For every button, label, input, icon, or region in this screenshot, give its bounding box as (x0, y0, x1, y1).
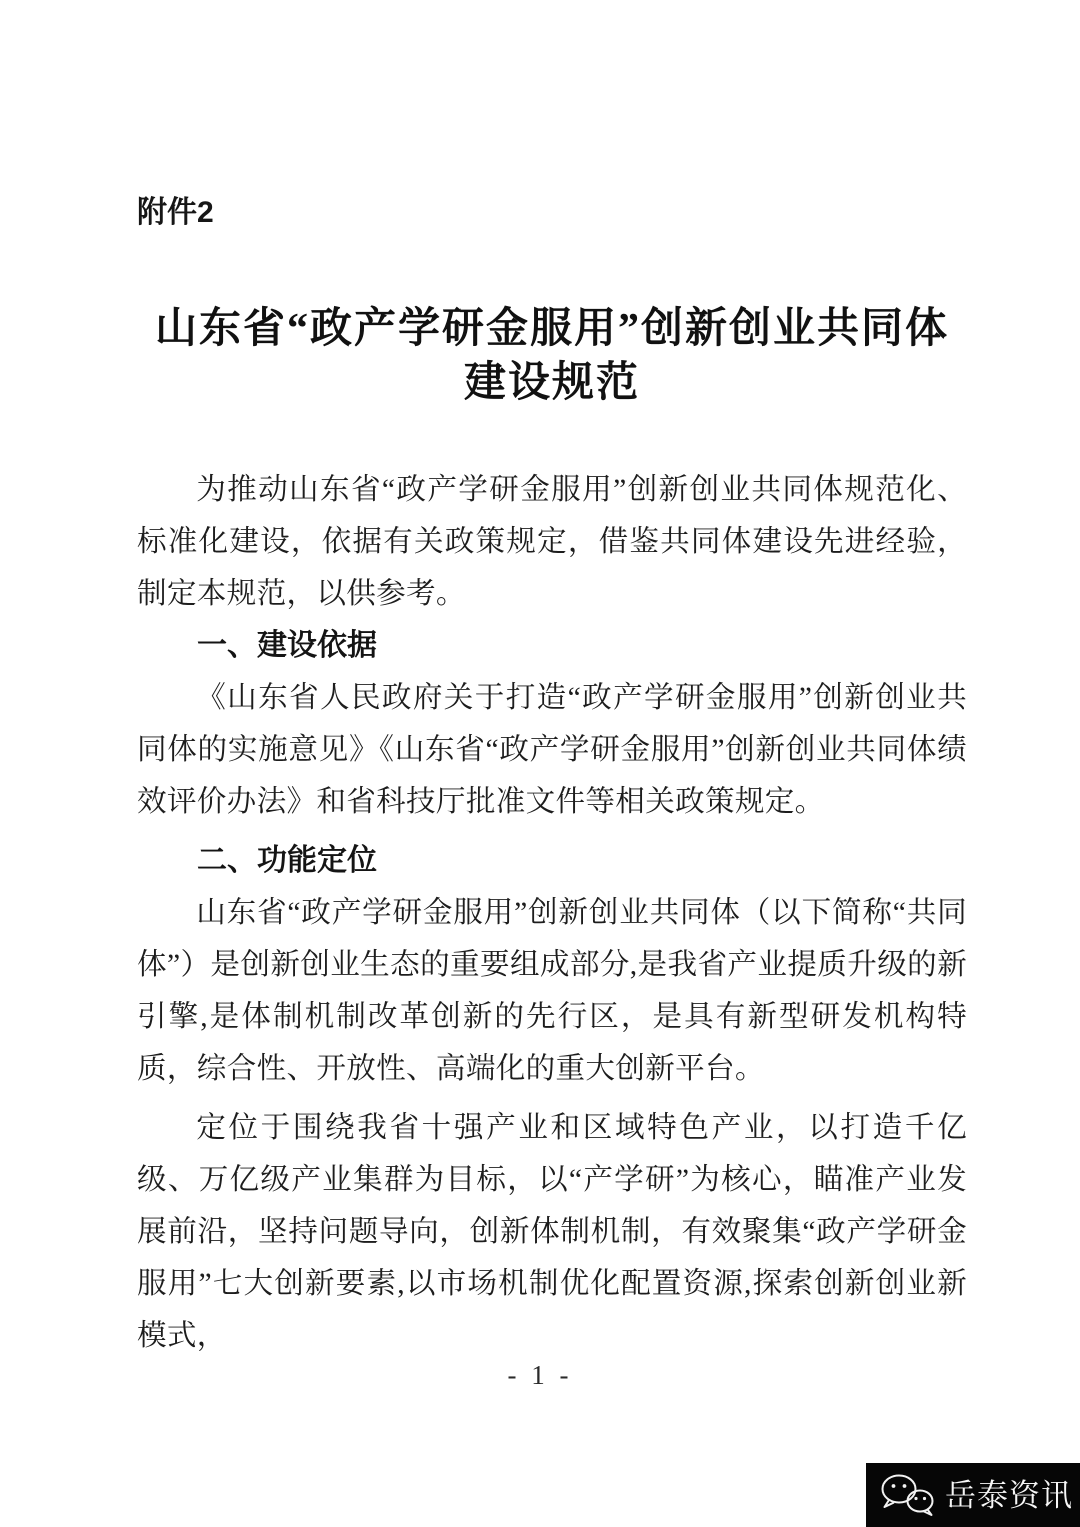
document-content: 附件2 山东省“政产学研金服用”创新创业共同体 建设规范 为推动山东省“政产学研… (137, 0, 967, 1362)
section-heading-basis: 一、建设依据 (137, 620, 967, 672)
document-body: 为推动山东省“政产学研金服用”创新创业共同体规范化、标准化建设，依据有关政策规定… (137, 464, 967, 1362)
paragraph-function-definition: 山东省“政产学研金服用”创新创业共同体（以下简称“共同体”）是创新创业生态的重要… (137, 887, 967, 1095)
document-page: 附件2 山东省“政产学研金服用”创新创业共同体 建设规范 为推动山东省“政产学研… (0, 0, 1080, 1527)
attachment-label: 附件2 (137, 196, 967, 230)
document-title-line-1: 山东省“政产学研金服用”创新创业共同体 (137, 302, 967, 356)
watermark-label: 岳泰资讯 (945, 1480, 1073, 1511)
section-heading-function: 二、功能定位 (137, 835, 967, 887)
page-number: - 1 - (0, 1360, 1080, 1391)
document-title: 山东省“政产学研金服用”创新创业共同体 建设规范 (137, 302, 967, 410)
wechat-icon (878, 1472, 936, 1518)
paragraph-positioning: 定位于围绕我省十强产业和区域特色产业，以打造千亿级、万亿级产业集群为目标，以“产… (137, 1102, 967, 1362)
paragraph-basis: 《山东省人民政府关于打造“政产学研金服用”创新创业共同体的实施意见》《山东省“政… (137, 672, 967, 828)
document-title-line-2: 建设规范 (137, 356, 967, 410)
publisher-watermark: 岳泰资讯 (866, 1463, 1080, 1527)
paragraph-intro: 为推动山东省“政产学研金服用”创新创业共同体规范化、标准化建设，依据有关政策规定… (137, 464, 967, 620)
